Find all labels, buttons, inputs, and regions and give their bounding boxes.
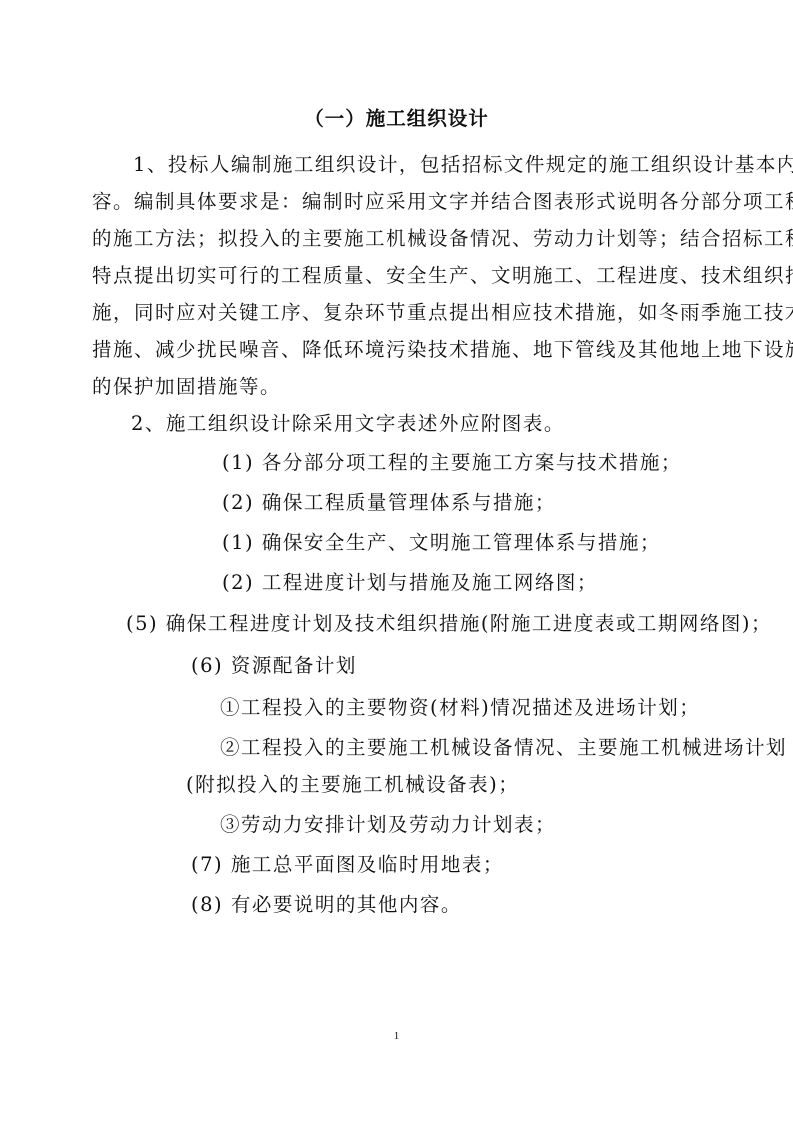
paragraph2: 2、施工组织设计除采用文字表述外应附图表。	[131, 412, 565, 436]
list-item-3: (1) 确保安全生产、文明施工管理体系与措施；	[222, 531, 661, 555]
list-item-6: (6) 资源配备计划	[191, 654, 357, 678]
sub-item-2-continued: (附拟投入的主要施工机械设备表)；	[186, 773, 519, 797]
sub-item-1: ①工程投入的主要物资(材料)情况描述及进场计划；	[220, 696, 700, 720]
list-item-1: (1) 各分部分项工程的主要施工方案与技术措施；	[222, 451, 682, 475]
sub-item-3: ③劳动力安排计划及劳动力计划表；	[220, 813, 556, 837]
paragraph1-line-1: 1、投标人编制施工组织设计，包括招标文件规定的施工组织设计基本内	[133, 153, 717, 177]
page-number: 1	[0, 1030, 793, 1042]
list-item-5: (5) 确保工程进度计划及技术组织措施(附施工进度表或工期网络图)；	[126, 612, 772, 636]
list-item-8: (8) 有必要说明的其他内容。	[191, 893, 462, 917]
paragraph1-line-4: 特点提出切实可行的工程质量、安全生产、文明施工、工程进度、技术组织措	[92, 264, 720, 288]
sub-item-2: ②工程投入的主要施工机械设备情况、主要施工机械进场计划	[220, 736, 787, 760]
paragraph1-line-3: 的施工方法；拟投入的主要施工机械设备情况、劳动力计划等；结合招标工程	[92, 227, 720, 251]
paragraph1-line-5: 施，同时应对关键工序、复杂环节重点提出相应技术措施，如冬雨季施工技术	[92, 301, 720, 325]
list-item-4: (2) 工程进度计划与措施及施工网络图；	[222, 571, 598, 595]
list-item-7: (7) 施工总平面图及临时用地表；	[191, 853, 504, 877]
paragraph1-line-6: 措施、减少扰民噪音、降低环境污染技术措施、地下管线及其他地上地下设施	[92, 338, 720, 362]
section-title: （一）施工组织设计	[0, 103, 793, 131]
paragraph1-line-2: 容。编制具体要求是：编制时应采用文字并结合图表形式说明各分部分项工程	[92, 190, 720, 214]
list-item-2: (2) 确保工程质量管理体系与措施；	[222, 491, 556, 515]
paragraph1-line-7: 的保护加固措施等。	[92, 375, 281, 399]
